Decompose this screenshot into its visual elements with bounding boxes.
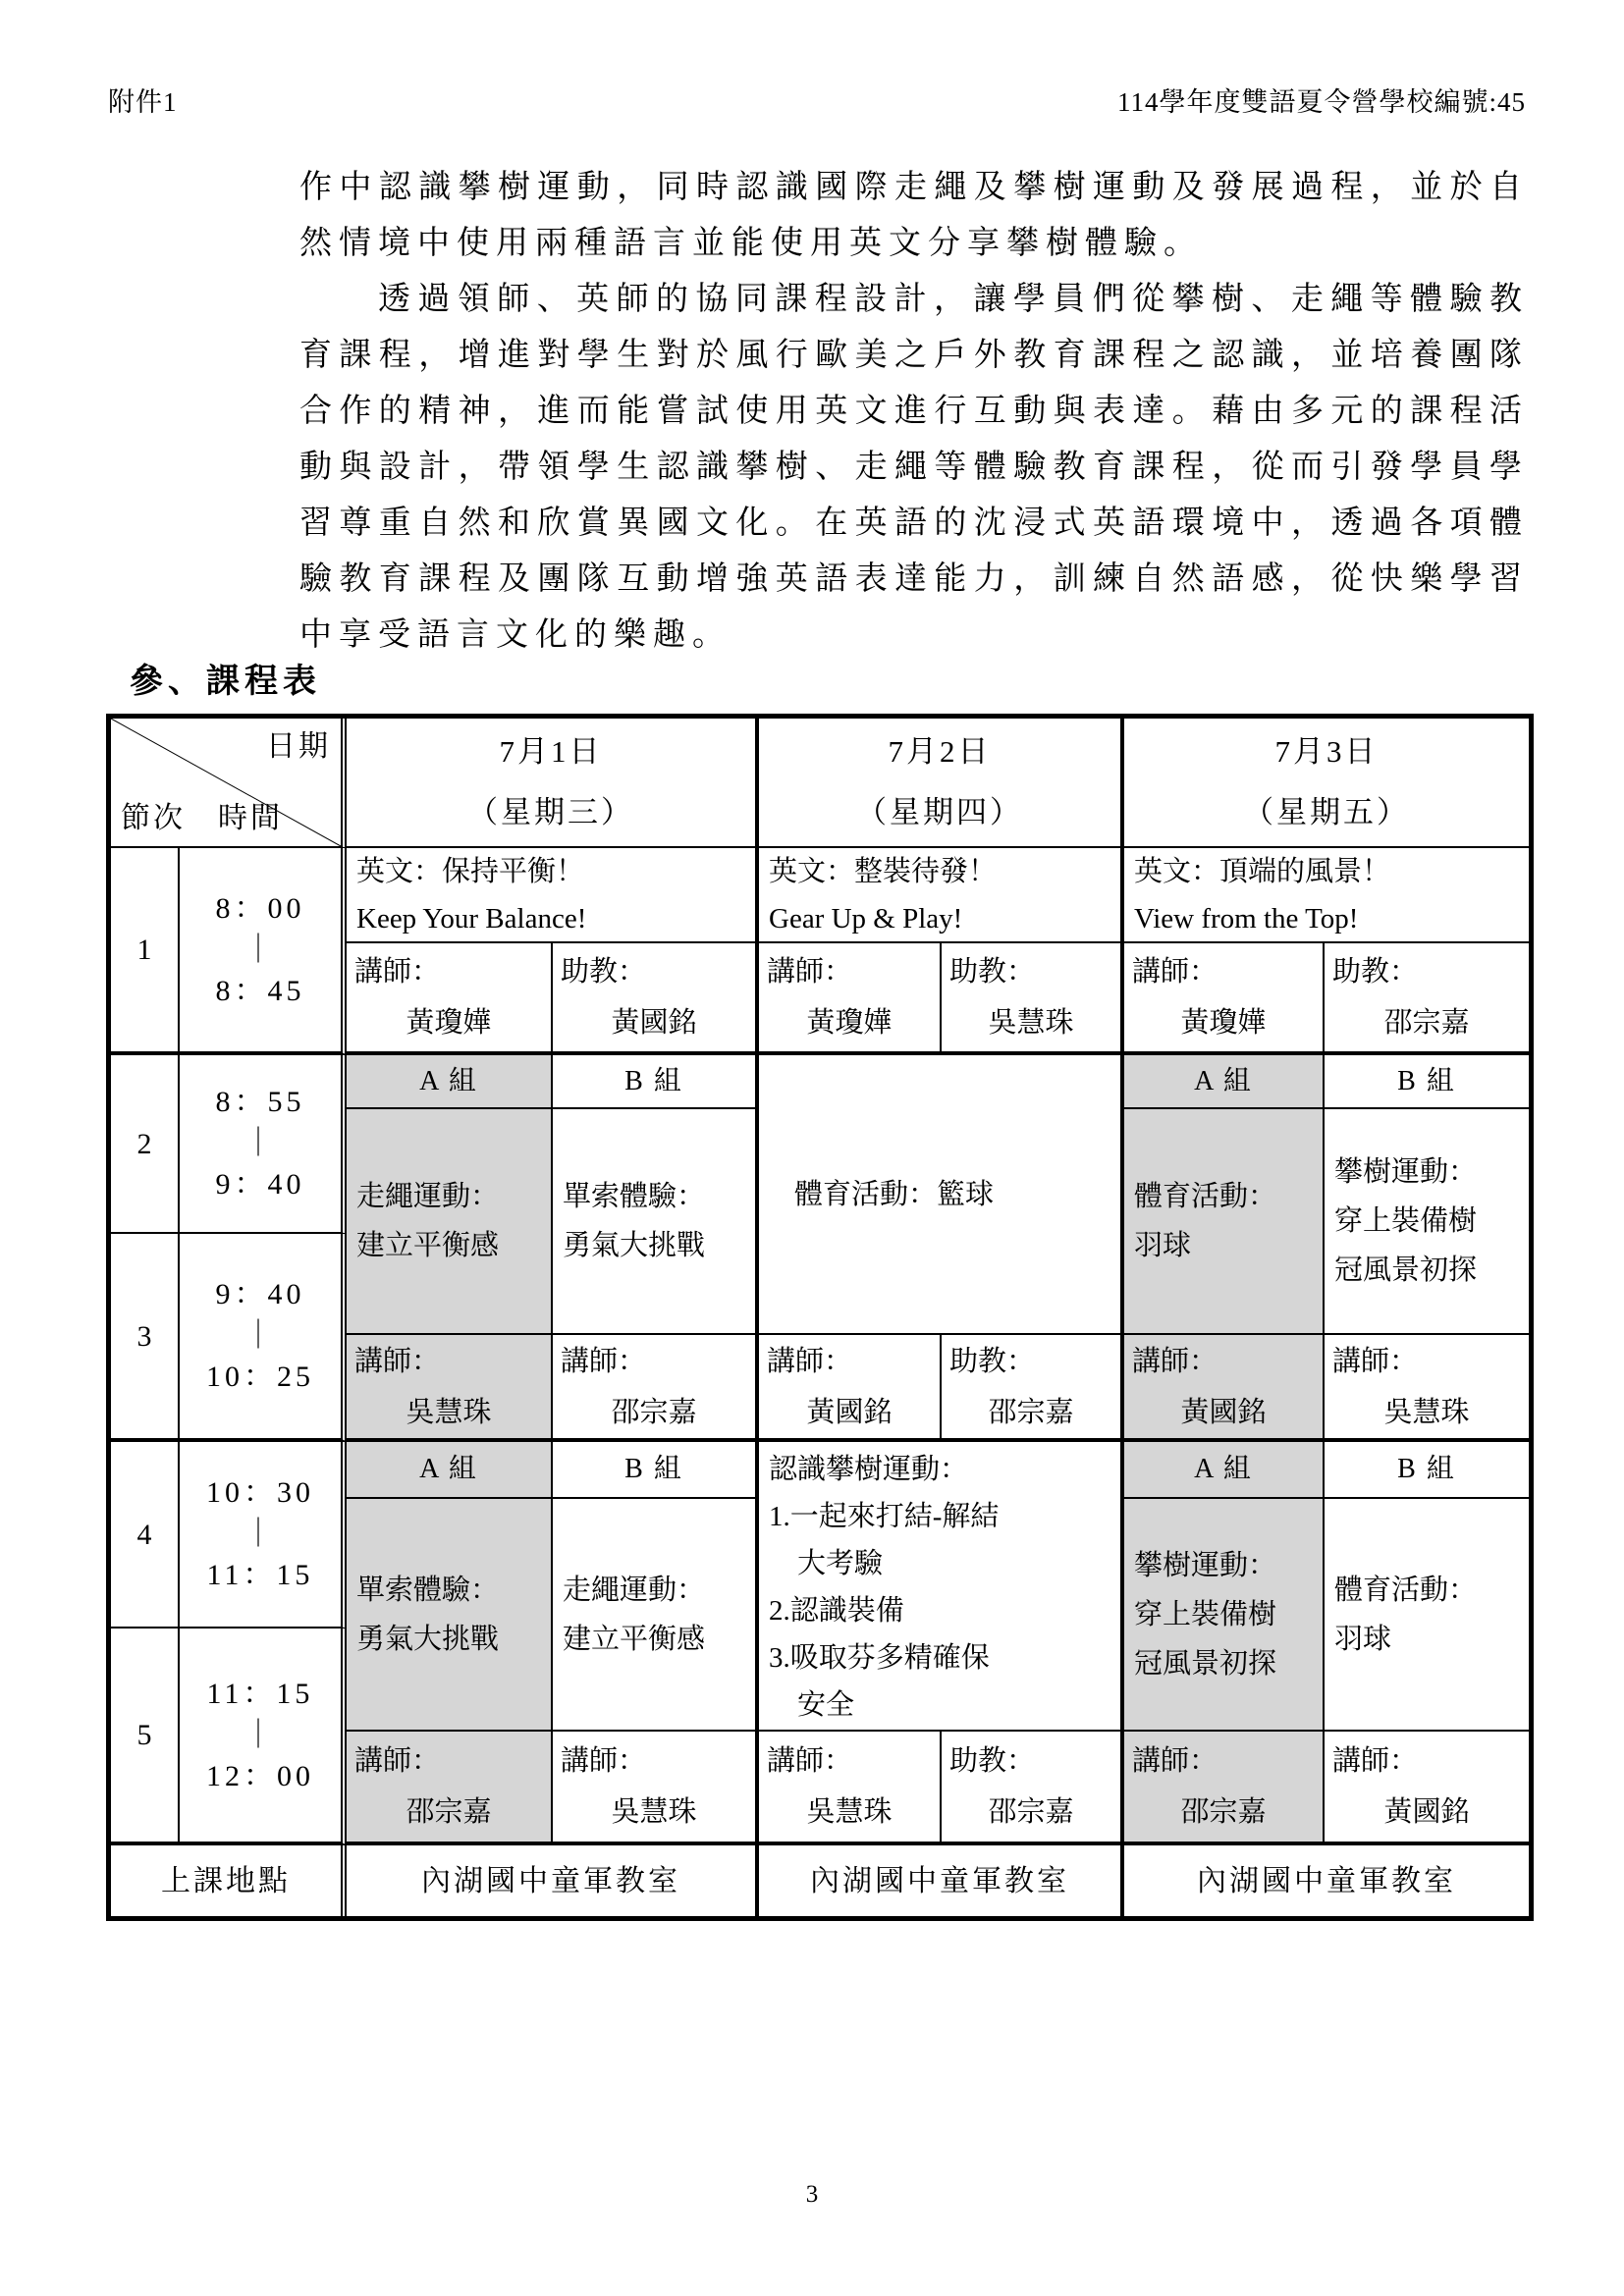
time-cell-3: 9：40 ｜ 10：25: [180, 1234, 347, 1442]
time-cell-1: 8：00 ｜ 8：45: [180, 848, 347, 1055]
period-cell-2: 2: [111, 1055, 180, 1234]
activity-b23-day2: 體育活動：籃球: [759, 1055, 1124, 1335]
activity-b45-day1-group-a: 單索體驗： 勇氣大挑戰: [347, 1499, 553, 1732]
location-day1: 內湖國中童軍教室: [347, 1845, 759, 1916]
intro-paragraph-2: 透過領師、英師的協同課程設計，讓學員們從攀樹、走繩等體驗教育課程，增進對學生對於…: [299, 272, 1529, 664]
location-day3: 內湖國中童軍教室: [1124, 1845, 1529, 1916]
teacher-name: 吳慧珠: [759, 1787, 940, 1838]
activity-p1-day1: 英文：保持平衡！ Keep Your Balance!: [347, 848, 759, 943]
teacher-role-label: 講師：: [1124, 946, 1323, 997]
time-cell-5: 11：15 ｜ 12：00: [180, 1629, 347, 1845]
activity-b23-day1-group-b: 單索體驗： 勇氣大挑戰: [553, 1109, 759, 1335]
page-header: 附件1 114學年度雙語夏令營學校編號:45: [108, 80, 1526, 119]
teacher-name: 黃瓊嬅: [347, 997, 551, 1048]
group-a-header-b45-day1: A 組: [347, 1442, 553, 1499]
teacher-p1-day1-assistant: 助教： 黃國銘: [553, 943, 759, 1055]
teacher-b23-day3-group-a: 講師： 黃國銘: [1124, 1335, 1325, 1442]
teacher-role-label: 講師：: [1325, 1336, 1529, 1387]
group-a-header-b23-day1: A 組: [347, 1055, 553, 1109]
teacher-role-label: 講師：: [1124, 1336, 1323, 1387]
teacher-name: 吳慧珠: [1325, 1387, 1529, 1438]
activity-b45-day2: 認識攀樹運動： 1.一起來打結-解結 大考驗 2.認識裝備 3.吸取芬多精確保 …: [759, 1442, 1124, 1732]
document-page: 附件1 114學年度雙語夏令營學校編號:45 作中認識攀樹運動，同時認識國際走繩…: [0, 0, 1624, 2296]
corner-cell: 日期 節次 時間: [111, 719, 347, 848]
teacher-role-label: 講師：: [1124, 1735, 1323, 1787]
teacher-name: 吳慧珠: [553, 1787, 755, 1838]
teacher-p1-day1-lecturer: 講師： 黃瓊嬅: [347, 943, 553, 1055]
teacher-b23-day1-group-a: 講師： 吳慧珠: [347, 1335, 553, 1442]
teacher-role-label: 講師：: [759, 1735, 940, 1787]
teacher-name: 吳慧珠: [347, 1387, 551, 1438]
teacher-b23-day1-group-b: 講師： 邵宗嘉: [553, 1335, 759, 1442]
intro-paragraph-1: 作中認識攀樹運動，同時認識國際走繩及攀樹運動及發展過程，並於自然情境中使用兩種語…: [299, 160, 1529, 272]
teacher-name: 黃國銘: [759, 1387, 940, 1438]
teacher-role-label: 講師：: [553, 1336, 755, 1387]
day-date: 7月3日: [1275, 721, 1379, 782]
teacher-role-label: 講師：: [347, 1735, 551, 1787]
location-label-cell: 上課地點: [111, 1845, 347, 1916]
teacher-name: 黃國銘: [553, 997, 755, 1048]
location-day2: 內湖國中童軍教室: [759, 1845, 1124, 1916]
teacher-role-label: 助教：: [1325, 946, 1529, 997]
activity-b23-day3-group-b: 攀樹運動： 穿上裝備樹 冠風景初探: [1325, 1109, 1529, 1335]
teacher-p1-day3-lecturer: 講師： 黃瓊嬅: [1124, 943, 1325, 1055]
teacher-name: 邵宗嘉: [942, 1387, 1120, 1438]
period-cell-4: 4: [111, 1442, 180, 1629]
teacher-name: 黃瓊嬅: [1124, 997, 1323, 1048]
teacher-b23-day3-group-b: 講師： 吳慧珠: [1325, 1335, 1529, 1442]
teacher-role-label: 講師：: [759, 1336, 940, 1387]
activity-p1-day2: 英文：整裝待發！ Gear Up & Play!: [759, 848, 1124, 943]
attachment-label: 附件1: [108, 80, 178, 119]
day-date: 7月2日: [889, 721, 992, 782]
day-header-3: 7月3日 （星期五）: [1124, 719, 1529, 848]
corner-date-label: 日期: [266, 724, 331, 769]
teacher-p1-day2-assistant: 助教： 吳慧珠: [942, 943, 1124, 1055]
teacher-role-label: 講師：: [553, 1735, 755, 1787]
group-b-header-b23-day1: B 組: [553, 1055, 759, 1109]
period-cell-1: 1: [111, 848, 180, 1055]
group-b-header-b45-day1: B 組: [553, 1442, 759, 1499]
teacher-name: 邵宗嘉: [347, 1787, 551, 1838]
teacher-p1-day3-assistant: 助教： 邵宗嘉: [1325, 943, 1529, 1055]
teacher-b45-day2-assistant: 助教： 邵宗嘉: [942, 1732, 1124, 1845]
teacher-role-label: 助教：: [553, 946, 755, 997]
teacher-b45-day3-group-a: 講師： 邵宗嘉: [1124, 1732, 1325, 1845]
activity-b23-day1-group-a: 走繩運動： 建立平衡感: [347, 1109, 553, 1335]
teacher-role-label: 講師：: [1325, 1735, 1529, 1787]
teacher-role-label: 助教：: [942, 1336, 1120, 1387]
day-weekday: （星期五）: [1243, 782, 1410, 843]
teacher-name: 邵宗嘉: [942, 1787, 1120, 1838]
teacher-b45-day2-lecturer: 講師： 吳慧珠: [759, 1732, 942, 1845]
intro-text: 作中認識攀樹運動，同時認識國際走繩及攀樹運動及發展過程，並於自然情境中使用兩種語…: [299, 160, 1529, 664]
period-cell-5: 5: [111, 1629, 180, 1845]
teacher-b23-day2-assistant: 助教： 邵宗嘉: [942, 1335, 1124, 1442]
teacher-name: 黃國銘: [1325, 1787, 1529, 1838]
teacher-name: 黃瓊嬅: [759, 997, 940, 1048]
teacher-name: 吳慧珠: [942, 997, 1120, 1048]
page-number: 3: [0, 2181, 1624, 2209]
group-b-header-b23-day3: B 組: [1325, 1055, 1529, 1109]
doc-code-label: 114學年度雙語夏令營學校編號:45: [1117, 80, 1526, 119]
teacher-name: 邵宗嘉: [553, 1387, 755, 1438]
section-title: 參、課程表: [130, 654, 321, 702]
teacher-b23-day2-lecturer: 講師： 黃國銘: [759, 1335, 942, 1442]
activity-b45-day3-group-b: 體育活動： 羽球: [1325, 1499, 1529, 1732]
day-weekday: （星期四）: [856, 782, 1023, 843]
activity-b45-day3-group-a: 攀樹運動： 穿上裝備樹 冠風景初探: [1124, 1499, 1325, 1732]
group-a-header-b23-day3: A 組: [1124, 1055, 1325, 1109]
teacher-b45-day3-group-b: 講師： 黃國銘: [1325, 1732, 1529, 1845]
time-cell-2: 8：55 ｜ 9：40: [180, 1055, 347, 1234]
teacher-name: 黃國銘: [1124, 1387, 1323, 1438]
teacher-role-label: 講師：: [347, 946, 551, 997]
day-date: 7月1日: [500, 721, 603, 782]
activity-b45-day1-group-b: 走繩運動： 建立平衡感: [553, 1499, 759, 1732]
day-weekday: （星期三）: [467, 782, 634, 843]
day-header-1: 7月1日 （星期三）: [347, 719, 759, 848]
period-cell-3: 3: [111, 1234, 180, 1442]
group-b-header-b45-day3: B 組: [1325, 1442, 1529, 1499]
teacher-name: 邵宗嘉: [1325, 997, 1529, 1048]
group-a-header-b45-day3: A 組: [1124, 1442, 1325, 1499]
time-cell-4: 10：30 ｜ 11：15: [180, 1442, 347, 1629]
teacher-b45-day1-group-b: 講師： 吳慧珠: [553, 1732, 759, 1845]
teacher-name: 邵宗嘉: [1124, 1787, 1323, 1838]
teacher-role-label: 助教：: [942, 1735, 1120, 1787]
day-header-2: 7月2日 （星期四）: [759, 719, 1124, 848]
activity-b23-day3-group-a: 體育活動： 羽球: [1124, 1109, 1325, 1335]
teacher-p1-day2-lecturer: 講師： 黃瓊嬅: [759, 943, 942, 1055]
corner-axis-label: 節次 時間: [121, 796, 283, 840]
teacher-role-label: 講師：: [759, 946, 940, 997]
teacher-role-label: 助教：: [942, 946, 1120, 997]
teacher-role-label: 講師：: [347, 1336, 551, 1387]
activity-p1-day3: 英文：頂端的風景！ View from the Top!: [1124, 848, 1529, 943]
teacher-b45-day1-group-a: 講師： 邵宗嘉: [347, 1732, 553, 1845]
schedule-table: 日期 節次 時間 7月1日 （星期三） 7月2日 （星期四） 7月3日 （星期五…: [106, 714, 1534, 1921]
